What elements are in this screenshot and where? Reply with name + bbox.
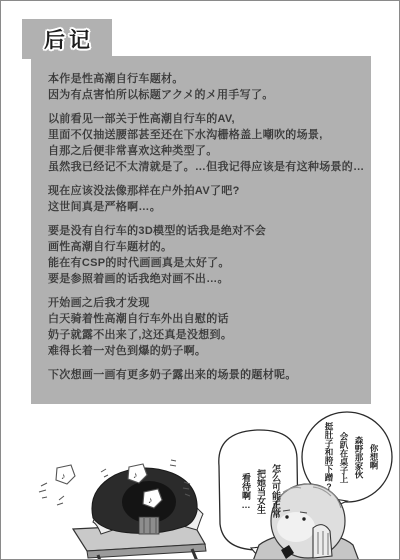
- text-line: 下次想画一画有更多奶子露出来的场景的题材呢。: [48, 367, 359, 383]
- text-line: 画性高潮自行车题材的。: [48, 239, 359, 255]
- note-glyph: ♪: [148, 495, 153, 505]
- afterword-header-tab: 后记: [22, 19, 112, 59]
- text-line: 里面不仅抽送腰部甚至还在下水沟栅格盖上嘲吹的场景,: [48, 127, 359, 143]
- comic-strip: ♪ ♪ ♪: [1, 404, 400, 560]
- bubble-line: 怎么可能正常: [268, 440, 283, 542]
- afterword-page: 后记 本作是性高潮自行车题材。 因为有点害怕所以标题アクメ的メ用手写了。 以前看…: [0, 0, 400, 560]
- page-title: 后记: [44, 24, 94, 54]
- bubble-line: 会趴在桌子上: [336, 417, 351, 497]
- bubble-line: 森野那家伙: [351, 417, 366, 497]
- note-glyph: ♪: [133, 470, 138, 480]
- paragraph-5: 开始画之后我才发现 白天骑着性高潮自行车外出自慰的话 奶子就露不出来了,这还真是…: [48, 295, 359, 359]
- bubble-line: 把她当女生: [253, 440, 268, 542]
- paragraph-4: 要是没有自行车的3D模型的话我是绝对不会 画性高潮自行车题材的。 能在有CSP的…: [48, 223, 359, 287]
- paragraph-6: 下次想画一画有更多奶子露出来的场景的题材呢。: [48, 367, 359, 383]
- text-line: 这世间真是严格啊…。: [48, 199, 359, 215]
- afterword-text-panel: 本作是性高潮自行车题材。 因为有点害怕所以标题アクメ的メ用手写了。 以前看见一部…: [31, 56, 371, 404]
- bubble-line: 看待啊…: [238, 440, 253, 542]
- text-line: 因为有点害怕所以标题アクメ的メ用手写了。: [48, 87, 359, 103]
- text-line: 能在有CSP的时代画画真是太好了。: [48, 255, 359, 271]
- note-mark-icon: ♪: [56, 465, 75, 484]
- paragraph-1: 本作是性高潮自行车题材。 因为有点害怕所以标题アクメ的メ用手写了。: [48, 71, 359, 103]
- text-line: 奶子就露不出来了,这还真是没想到。: [48, 327, 359, 343]
- text-line: 白天骑着性高潮自行车外出自慰的话: [48, 311, 359, 327]
- text-line: 以前看见一部关于性高潮自行车的AV,: [48, 111, 359, 127]
- text-line: 虽然我已经记不太清就是了。…但我记得应该是有这种场景的…: [48, 159, 359, 175]
- bubble-line: 挺肚子和胯下蹭?: [321, 417, 336, 497]
- text-line: 要是参照着画的话我绝对画不出…。: [48, 271, 359, 287]
- speech-bubble-left-text: 怎么可能正常 把她当女生 看待啊…: [233, 440, 283, 542]
- text-line: 现在应该没法像那样在户外拍AV了吧?: [48, 183, 359, 199]
- note-glyph: ♪: [61, 471, 66, 481]
- bubble-line: 你想啊: [366, 417, 381, 497]
- text-line: 自那之后便非常喜欢这种类型了。: [48, 143, 359, 159]
- text-line: 开始画之后我才发现: [48, 295, 359, 311]
- paragraph-3: 现在应该没法像那样在户外拍AV了吧? 这世间真是严格啊…。: [48, 183, 359, 215]
- text-line: 难得长着一对色到爆的奶子啊。: [48, 343, 359, 359]
- speech-bubble-right-text: 你想啊 森野那家伙 会趴在桌子上 挺肚子和胯下蹭?: [313, 417, 381, 497]
- text-line: 本作是性高潮自行车题材。: [48, 71, 359, 87]
- text-line: 要是没有自行车的3D模型的话我是绝对不会: [48, 223, 359, 239]
- paragraph-2: 以前看见一部关于性高潮自行车的AV, 里面不仅抽送腰部甚至还在下水沟栅格盖上嘲吹…: [48, 111, 359, 175]
